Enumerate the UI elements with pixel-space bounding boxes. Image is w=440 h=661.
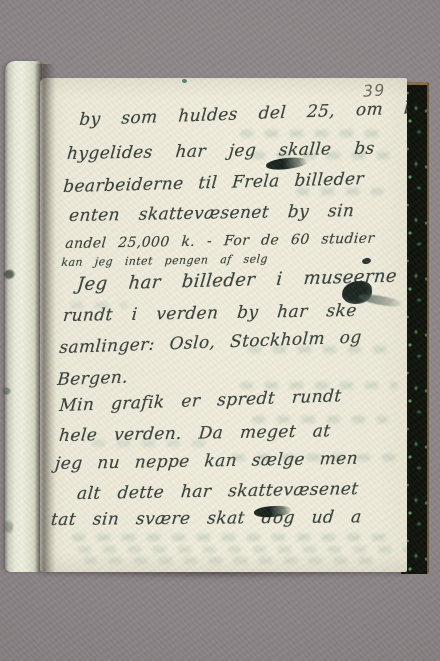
- ink-blot: [342, 281, 372, 304]
- scratched-out-word: [265, 155, 308, 171]
- bleed-through-writing: [70, 302, 128, 309]
- handwriting-line: tat sin svære skat dog ud a: [50, 507, 363, 530]
- gutter-shadow: [34, 64, 56, 572]
- handwriting-line: hele verden. Da meget at: [58, 421, 331, 446]
- photograph-background: 39 by som huldes del 25, om b hygelides …: [0, 0, 440, 661]
- left-page-ink-mark: [3, 269, 18, 282]
- ink-speck: [182, 79, 187, 83]
- bleed-through-writing: [240, 130, 390, 137]
- bleed-through-writing: [92, 440, 210, 447]
- handwriting-line: rundt i verden by har ske: [62, 301, 357, 326]
- handwriting-line: hygelides har jeg skalle bs: [66, 139, 375, 164]
- page-number: 39: [362, 80, 386, 101]
- handwriting-line: Min grafik er spredt rundt: [59, 386, 343, 416]
- left-page-ink-mark: [2, 519, 15, 535]
- bleed-through-writing: [252, 152, 390, 159]
- bleed-through-writing: [240, 382, 398, 389]
- bleed-through-writing: [78, 546, 407, 553]
- bleed-through-writing: [84, 557, 380, 564]
- handwriting-line: jeg nu neppe kan sælge men: [54, 449, 359, 474]
- bleed-through-writing: [248, 346, 396, 353]
- notebook-page: 39 by som huldes del 25, om b hygelides …: [40, 78, 407, 572]
- bleed-through-writing: [252, 416, 388, 423]
- bleed-through-writing: [232, 454, 400, 461]
- handwriting-line: bearbeiderne til Frela billeder: [62, 169, 364, 197]
- bleed-through-writing: [296, 188, 384, 195]
- left-page-ink-mark: [1, 386, 12, 396]
- handwriting-line: by som huldes del 25, om b: [79, 98, 407, 130]
- scratched-out-word: [254, 504, 293, 518]
- handwriting-interline-note: kan jeg intet pengen af selg: [61, 252, 269, 269]
- handwriting-line: Bergen.: [57, 368, 129, 391]
- handwriting-line: Jeg har billeder i museerne: [76, 266, 398, 295]
- handwriting-line: alt dette har skattevæsenet: [76, 479, 359, 504]
- handwriting-line: samlinger: Oslo, Stockholm og: [59, 327, 363, 358]
- ink-blot-smear: [358, 292, 405, 309]
- handwriting-line: andel 25,000 k. - For de 60 studier: [65, 231, 376, 252]
- handwriting-line: enten skattevæsenet by sin: [68, 201, 355, 226]
- ink-dot: [361, 257, 371, 265]
- bleed-through-writing: [72, 534, 390, 541]
